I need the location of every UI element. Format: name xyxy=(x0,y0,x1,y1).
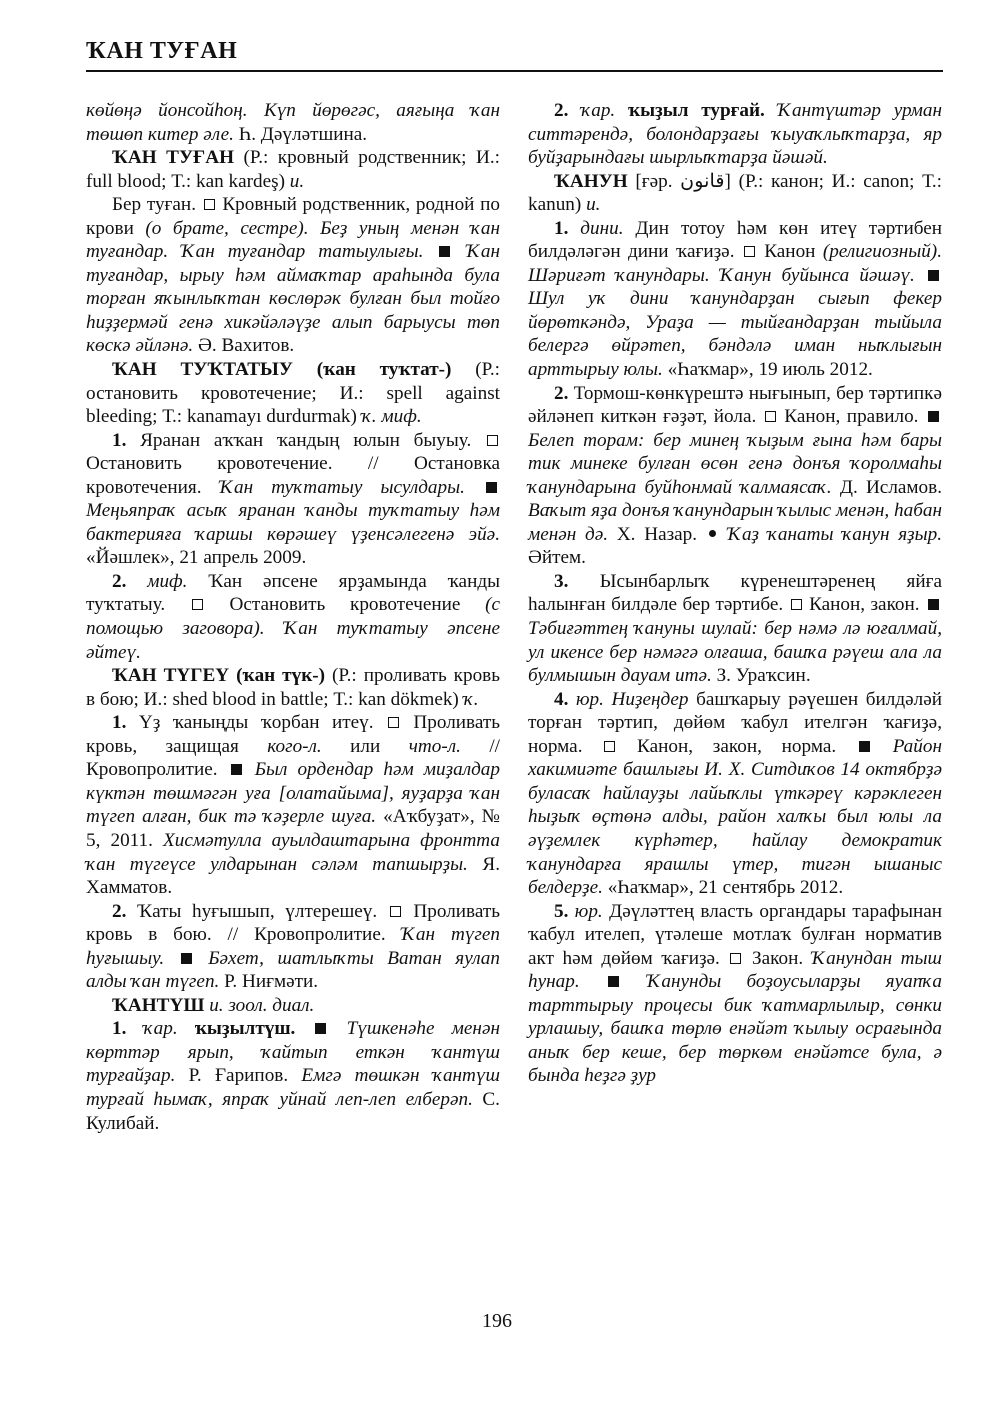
text: Ҡаты һуғышып, үлтерешеү. xyxy=(126,901,387,922)
bold-text: 2. xyxy=(554,383,568,404)
text: Әйтем. xyxy=(528,547,586,568)
italic-text: и. xyxy=(586,194,600,215)
filled-square-marker-icon xyxy=(181,953,192,964)
bold-text: 3. xyxy=(554,571,568,592)
headword: ҠАН ТҮГЕҮ (ҡан түк-) xyxy=(112,665,325,686)
headword: ҠАН ТУҒАН xyxy=(112,147,234,168)
text: Канон, закон. xyxy=(804,594,925,615)
bold-text: 4. xyxy=(554,689,568,710)
text: Х. Назар. xyxy=(608,524,706,545)
italic-text: что-л. xyxy=(409,736,461,757)
open-square-marker-icon xyxy=(730,953,741,964)
text: Үҙ ҡаныңды ҡорбан итеү. xyxy=(126,712,386,733)
text: или xyxy=(322,736,409,757)
filled-square-marker-icon xyxy=(608,976,619,987)
dictionary-paragraph: 1. Үҙ ҡаныңды ҡорбан итеү. Проливать кро… xyxy=(86,711,500,899)
open-square-marker-icon xyxy=(388,717,399,728)
italic-text: Ҡаҙ ҡанаты ҡанун яҙыр. xyxy=(719,524,942,545)
text: Закон. xyxy=(743,948,811,969)
text: Канон, закон, норма. xyxy=(617,736,856,757)
bold-text: 1. xyxy=(112,712,126,733)
text: Һ. Дәүләтшина. xyxy=(234,124,367,145)
running-head: ҠАН ТУҒАН xyxy=(86,38,237,65)
italic-text: дини. xyxy=(568,218,623,239)
dictionary-entry-heading: ҠАН ТҮГЕҮ (ҡан түк-) (Р.: проливать кров… xyxy=(86,664,500,711)
dictionary-entry-heading: ҠАНТҮШ и. зоол. диал. xyxy=(86,994,500,1018)
open-square-marker-icon xyxy=(744,246,755,257)
filled-square-marker-icon xyxy=(231,764,242,775)
bold-text: 1. xyxy=(112,430,126,451)
left-column: көйөңә йонсойһоң. Күп йөрөгәс, аяғыңа ҡа… xyxy=(86,99,500,1135)
right-column: 2. ҡар. ҡыҙыл турғай. Ҡантүштәр урман си… xyxy=(528,99,942,1088)
text: Р. Ғарипов. xyxy=(175,1065,301,1086)
text: Яранан аҡҡан ҡандың юлын быуыу. xyxy=(126,430,485,451)
italic-text: (о брате, сестре). Беҙ уның менән ҡан ту… xyxy=(86,218,500,263)
italic-text: ҡ. миф. xyxy=(362,406,422,427)
dictionary-paragraph: 1. дини. Дин тотоу һәм көн итеү тәртибен… xyxy=(528,217,942,382)
text: З. Ураҡсин. xyxy=(712,665,811,686)
dictionary-paragraph: 2. миф. Ҡан әпсене ярҙамында ҡанды туҡта… xyxy=(86,570,500,664)
text: Р. Ниғмәти. xyxy=(219,971,318,992)
text: «Йәшлек», 21 апрель 2009. xyxy=(86,547,306,568)
bullet-dot-icon xyxy=(709,530,716,537)
dictionary-paragraph: көйөңә йонсойһоң. Күп йөрөгәс, аяғыңа ҡа… xyxy=(86,99,500,146)
open-square-marker-icon xyxy=(192,599,203,610)
open-square-marker-icon xyxy=(390,906,401,917)
italic-text: юр. xyxy=(568,901,602,922)
headword: ҠАНУН xyxy=(554,171,628,192)
filled-square-marker-icon xyxy=(928,270,939,281)
header-rule xyxy=(86,70,943,72)
text xyxy=(580,971,605,992)
dictionary-entry-heading: ҠАН ТУҒАН (Р.: кровный родственник; И.: … xyxy=(86,146,500,193)
text: Д. Исламов. xyxy=(832,477,942,498)
dictionary-entry-heading: ҠАН ТУҠТАТЫУ (ҡан туҡтат-) (Р.: останови… xyxy=(86,358,500,429)
dictionary-paragraph: 1. Яранан аҡҡан ҡандың юлын быуыу. Остан… xyxy=(86,429,500,570)
filled-square-marker-icon xyxy=(315,1023,326,1034)
page-number: 196 xyxy=(482,1310,512,1333)
text: Ә. Вахитов. xyxy=(193,335,294,356)
filled-square-marker-icon xyxy=(928,411,939,422)
open-square-marker-icon xyxy=(204,199,215,210)
text: Бер туған. xyxy=(112,194,202,215)
text: «Һаҡмар», 19 июль 2012. xyxy=(663,359,873,380)
text xyxy=(164,948,178,969)
italic-text: и. xyxy=(290,171,304,192)
italic-text: и. зоол. диал. xyxy=(204,995,314,1016)
dictionary-paragraph: 2. Ҡаты һуғышып, үлтерешеү. Проливать кр… xyxy=(86,900,500,994)
bold-text: 2. xyxy=(112,901,126,922)
italic-text: Ҡан туҡтатыу ысулдары. xyxy=(220,477,465,498)
open-square-marker-icon xyxy=(487,435,498,446)
dictionary-entry-heading: ҠАНУН [ғәр. قانون] (Р.: канон; И.: canon… xyxy=(528,170,942,217)
text: «Һаҡмар», 21 сентябрь 2012. xyxy=(603,877,843,898)
bold-text: 1. xyxy=(112,1018,126,1039)
bold-text: ҡыҙылтүш. xyxy=(178,1018,296,1039)
italic-text: юр. Ниҙеңдер xyxy=(568,689,688,710)
text xyxy=(295,1018,312,1039)
headword: ҠАН ТУҠТАТЫУ (ҡан туҡтат-) xyxy=(112,359,451,380)
text: Канон, правило. xyxy=(778,406,925,427)
italic-text: миф. xyxy=(126,571,187,592)
bold-text: 2. xyxy=(554,100,568,121)
dictionary-paragraph: 4. юр. Ниҙеңдер башҡарыу рәүешен билдәлә… xyxy=(528,688,942,900)
open-square-marker-icon xyxy=(791,599,802,610)
text: Канон xyxy=(757,241,823,262)
dictionary-paragraph: 2. ҡар. ҡыҙыл турғай. Ҡантүштәр урман си… xyxy=(528,99,942,170)
filled-square-marker-icon xyxy=(486,482,497,493)
italic-text: Меңьяпраҡ асыҡ яранан ҡанды туҡтатыу һәм… xyxy=(86,500,500,545)
bold-text: 1. xyxy=(554,218,568,239)
filled-square-marker-icon xyxy=(859,741,870,752)
bold-text: 5. xyxy=(554,901,568,922)
bold-text: 2. xyxy=(112,571,126,592)
bold-text: ҡыҙыл турғай. xyxy=(615,100,765,121)
italic-text: Район хакимиәте башлығы И. Х. Ситдиҡов 1… xyxy=(528,736,942,898)
italic-text: ҡар. xyxy=(568,100,615,121)
italic-text: кого-л. xyxy=(267,736,321,757)
dictionary-paragraph: 2. Тормош-көнкүрештә нығынып, бер тәртип… xyxy=(528,382,942,570)
open-square-marker-icon xyxy=(604,741,615,752)
text xyxy=(423,241,436,262)
dictionary-paragraph: 3. Ысынбарлыҡ күренештәренең яйға һалынғ… xyxy=(528,570,942,688)
dictionary-paragraph: 5. юр. Дәүләттең власть органдары тарафы… xyxy=(528,900,942,1088)
filled-square-marker-icon xyxy=(439,246,450,257)
dictionary-paragraph: 1. ҡар. ҡыҙылтүш. Түшкенәһе менән көрттә… xyxy=(86,1017,500,1135)
italic-text: ҡ. xyxy=(464,689,479,710)
filled-square-marker-icon xyxy=(928,599,939,610)
text: Остановить кровотечение xyxy=(205,594,485,615)
dictionary-paragraph: Бер туған. Кровный родственник, родной п… xyxy=(86,193,500,358)
headword: ҠАНТҮШ xyxy=(112,995,204,1016)
text xyxy=(915,265,925,286)
open-square-marker-icon xyxy=(765,411,776,422)
italic-text: ҡар. xyxy=(126,1018,177,1039)
text xyxy=(465,477,483,498)
